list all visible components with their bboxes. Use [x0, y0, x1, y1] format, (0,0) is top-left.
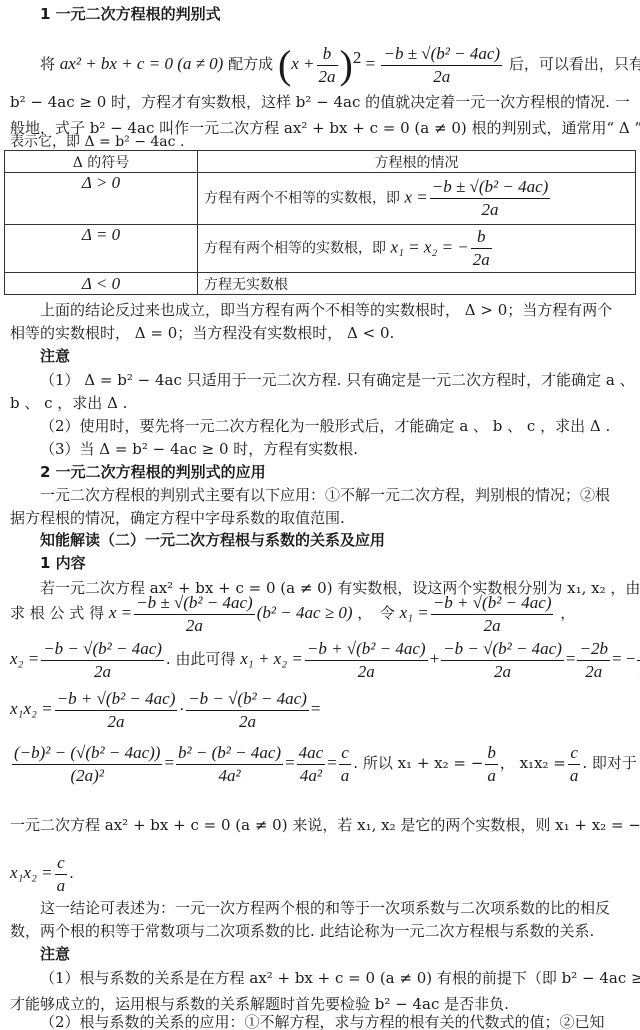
header-roots: 方程根的情况	[198, 151, 636, 173]
converse-line2: 相等的实数根时， Δ = 0；当方程没有实数根时， Δ < 0.	[10, 323, 630, 343]
formula-line-product: x₁x₂ =−b + √(b² − 4ac)2a·−b − √(b² − 4ac…	[10, 684, 630, 734]
quadratic-formula: −b ± √(b² − 4ac)2a	[381, 43, 502, 88]
formula-line-sum: x₂ =−b − √(b² − 4ac)2a. 由此可得 x₁ + x₂ =−b…	[10, 634, 630, 684]
section3-subtitle: 1 内容	[40, 553, 630, 573]
table-row: Δ = 0 方程有两个相等的实数根，即 x₁ = x₂ = −b2a	[5, 225, 636, 273]
note1-item3: （3）当 Δ = b² − 4ac ≥ 0 时，方程有实数根.	[40, 439, 630, 459]
section1-para4: 表示它，即 Δ = b² − 4ac .	[10, 132, 630, 152]
note2-item2: （2）根与系数的关系的应用：①不解方程，求与方程的根有关的代数式的值；②已知	[40, 1012, 630, 1030]
table-row: Δ < 0 方程无实数根	[5, 273, 636, 295]
section1-title: 1 一元二次方程根的判别式	[40, 4, 630, 24]
note2-title: 注意	[40, 944, 630, 964]
section1-para1: 将 ax² + bx + c = 0 (a ≠ 0) 配方成 (x +b2a)2…	[40, 34, 630, 82]
formula-line-product-expand: (−b)² − (√(b² − 4ac))(2a)²=b² − (b² − 4a…	[10, 738, 630, 788]
note1-item2: （2）使用时，要先将一元二次方程化为一般形式后，才能确定 a 、 b 、 c ，…	[40, 416, 630, 436]
section1-para2: b² − 4ac ≥ 0 时，方程才有实数根，这样 b² − 4ac 的值就决定…	[10, 92, 630, 112]
formula-line-x: 求 根 公 式 得 x =−b ± √(b² − 4ac)2a(b² − 4ac…	[10, 588, 630, 638]
converse-line1: 上面的结论反过来也成立，即当方程有两个不相等的实数根时， Δ > 0；当方程有两…	[40, 300, 630, 320]
vieta-statement: 一元二次方程 ax² + bx + c = 0 (a ≠ 0) 来说，若 x₁,…	[10, 800, 630, 850]
section2-title: 2 一元二次方程根的判别式的应用	[40, 462, 630, 482]
table-row: Δ > 0 方程有两个不相等的实数根，即 x =−b ± √(b² − 4ac)…	[5, 173, 636, 225]
general-equation: ax² + bx + c = 0 (a ≠ 0)	[60, 54, 224, 73]
note2-item1: （1）根与系数的关系是在方程 ax² + bx + c = 0 (a ≠ 0) …	[40, 968, 630, 988]
vieta-product: x₁x₂ =ca.	[10, 850, 630, 896]
discriminant-table: Δ 的符号 方程根的情况 Δ > 0 方程有两个不相等的实数根，即 x =−b …	[4, 150, 636, 295]
table-header-row: Δ 的符号 方程根的情况	[5, 151, 636, 173]
header-sign: Δ 的符号	[5, 151, 198, 173]
note1-title: 注意	[40, 346, 630, 366]
section3-title: 知能解读（二）一元二次方程根与系数的关系及应用	[40, 530, 630, 550]
note1-item1: （1） Δ = b² − 4ac 只适用于一元二次方程. 只有确定是一元二次方程…	[40, 370, 630, 390]
